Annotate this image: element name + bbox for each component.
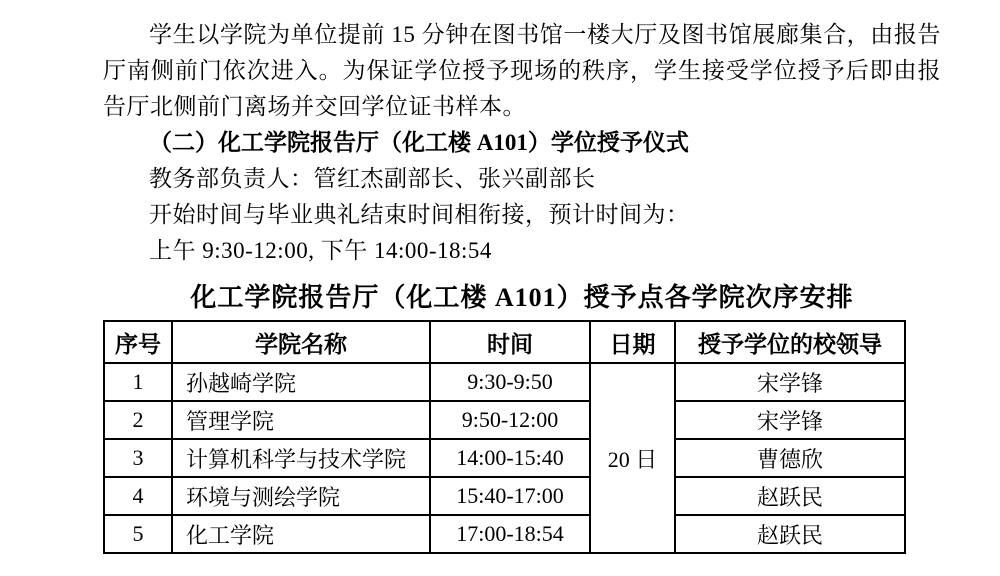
- column-header-no: 序号: [104, 321, 172, 363]
- cell-no: 5: [104, 515, 172, 553]
- cell-leader: 曹德欣: [675, 439, 905, 477]
- cell-college: 孙越崎学院: [172, 363, 430, 401]
- paragraph-time-note: 开始时间与毕业典礼结束时间相衔接，预计时间为：: [103, 197, 941, 233]
- table-row: 2 管理学院 9:50-12:00 宋学锋: [104, 401, 905, 439]
- cell-college: 环境与测绘学院: [172, 477, 430, 515]
- cell-time: 15:40-17:00: [430, 477, 590, 515]
- column-header-time: 时间: [430, 321, 590, 363]
- cell-time: 14:00-15:40: [430, 439, 590, 477]
- cell-time: 9:30-9:50: [430, 363, 590, 401]
- table-title: 化工学院报告厅（化工楼 A101）授予点各学院次序安排: [103, 276, 941, 320]
- cell-no: 3: [104, 439, 172, 477]
- cell-leader: 宋学锋: [675, 363, 905, 401]
- cell-leader: 宋学锋: [675, 401, 905, 439]
- column-header-college: 学院名称: [172, 321, 430, 363]
- table-row: 4 环境与测绘学院 15:40-17:00 赵跃民: [104, 477, 905, 515]
- cell-no: 1: [104, 363, 172, 401]
- cell-college: 化工学院: [172, 515, 430, 553]
- table-row: 1 孙越崎学院 9:30-9:50 20 日 宋学锋: [104, 363, 905, 401]
- cell-no: 2: [104, 401, 172, 439]
- table-row: 5 化工学院 17:00-18:54 赵跃民: [104, 515, 905, 553]
- cell-no: 4: [104, 477, 172, 515]
- cell-date-merged: 20 日: [590, 363, 675, 553]
- column-header-date: 日期: [590, 321, 675, 363]
- table-header-row: 序号 学院名称 时间 日期 授予学位的校领导: [104, 321, 905, 363]
- paragraph-time-range: 上午 9:30-12:00, 下午 14:00-18:54: [103, 233, 941, 269]
- cell-leader: 赵跃民: [675, 515, 905, 553]
- table-row: 3 计算机科学与技术学院 14:00-15:40 曹德欣: [104, 439, 905, 477]
- document-page: 学生以学院为单位提前 15 分钟在图书馆一楼大厅及图书馆展廊集合，由报告厅南侧前…: [103, 17, 941, 554]
- section-heading: （二）化工学院报告厅（化工楼 A101）学位授予仪式: [103, 125, 941, 161]
- paragraph-staff: 教务部负责人：管红杰副部长、张兴副部长: [103, 161, 941, 197]
- cell-time: 17:00-18:54: [430, 515, 590, 553]
- column-header-leader: 授予学位的校领导: [675, 321, 905, 363]
- schedule-table: 序号 学院名称 时间 日期 授予学位的校领导 1 孙越崎学院 9:30-9:50…: [103, 320, 906, 554]
- cell-time: 9:50-12:00: [430, 401, 590, 439]
- paragraph-assembly-instructions: 学生以学院为单位提前 15 分钟在图书馆一楼大厅及图书馆展廊集合，由报告厅南侧前…: [103, 17, 941, 125]
- cell-leader: 赵跃民: [675, 477, 905, 515]
- cell-college: 计算机科学与技术学院: [172, 439, 430, 477]
- cell-college: 管理学院: [172, 401, 430, 439]
